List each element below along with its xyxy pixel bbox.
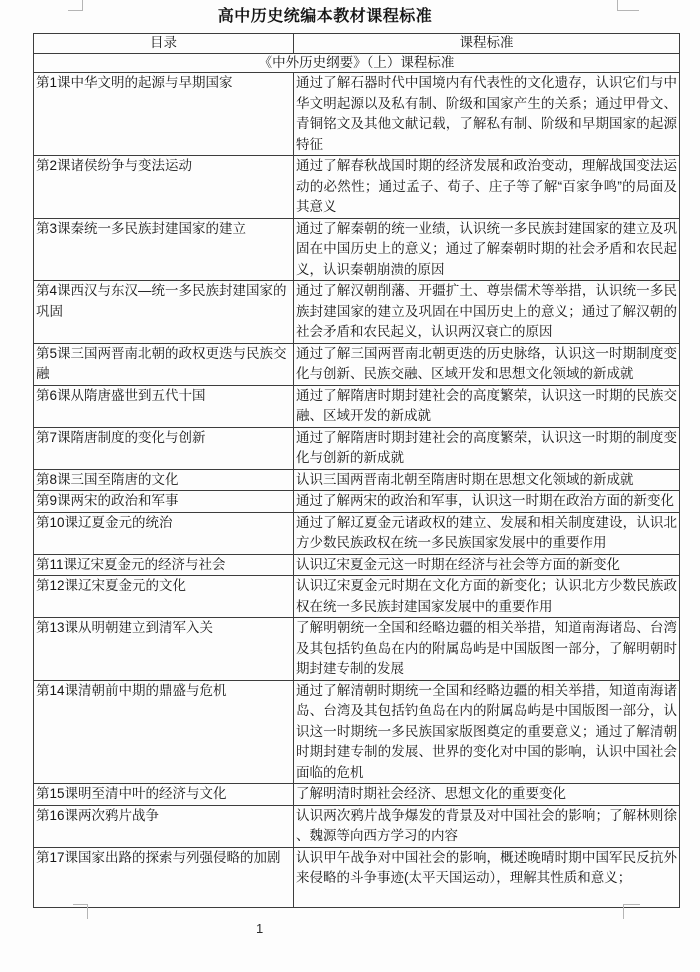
lesson-title: 第10课辽夏金元的统治	[34, 512, 294, 554]
column-header-standard: 课程标准	[294, 34, 680, 54]
lesson-standard: 认识辽宋夏金元时期在文化方面的新变化；认识北方少数民族政权在统一多民族封建国家发…	[294, 576, 680, 618]
curriculum-table: 目录 课程标准 《中外历史纲要》（上）课程标准 第1课中华文明的起源与早期国家 …	[33, 33, 680, 908]
lesson-title: 第2课诸侯纷争与变法运动	[34, 156, 294, 219]
margin-mark-top-left-icon	[68, 0, 83, 11]
lesson-standard: 认识甲午战争对中国社会的影响，概述晚晴时期中国军民反抗外来侵略的斗争事迹(太平天…	[294, 847, 680, 907]
table-row: 第10课辽夏金元的统治 通过了解辽夏金元诸政权的建立、发展和相关制度建设，认识北…	[34, 512, 680, 554]
lesson-title: 第4课西汉与东汉—统一多民族封建国家的巩固	[34, 281, 294, 344]
table-row: 第5课三国两晋南北朝的政权更迭与民族交融 通过了解三国两晋南北朝更迭的历史脉络，…	[34, 343, 680, 385]
table-row: 第3课秦统一多民族封建国家的建立 通过了解秦朝的统一业绩，认识统一多民族封建国家…	[34, 218, 680, 281]
table-row: 第12课辽宋夏金元的文化 认识辽宋夏金元时期在文化方面的新变化；认识北方少数民族…	[34, 576, 680, 618]
table-row: 第7课隋唐制度的变化与创新 通过了解隋唐时期封建社会的高度繁荣，认识这一时期的制…	[34, 427, 680, 469]
lesson-title: 第13课从明朝建立到清军入关	[34, 618, 294, 681]
table-row: 第1课中华文明的起源与早期国家 通过了解石器时代中国境内有代表性的文化遗存，认识…	[34, 73, 680, 156]
table-row: 第11课辽宋夏金元的经济与社会 认识辽宋夏金元这一时期在经济与社会等方面的新变化	[34, 554, 680, 576]
column-header-toc: 目录	[34, 34, 294, 54]
lesson-standard: 通过了解三国两晋南北朝更迭的历史脉络，认识这一时期制度变化与创新、民族交融、区域…	[294, 343, 680, 385]
margin-mark-bottom-left-icon	[73, 904, 88, 919]
lesson-standard: 通过了解清朝时期统一全国和经略边疆的相关举措，知道南海诸岛、台湾及其包括钓鱼岛在…	[294, 680, 680, 784]
lesson-standard: 通过了解辽夏金元诸政权的建立、发展和相关制度建设，认识北方少数民族政权在统一多民…	[294, 512, 680, 554]
lesson-title: 第7课隋唐制度的变化与创新	[34, 427, 294, 469]
table-row: 第16课两次鸦片战争 认识两次鸦片战争爆发的背景及对中国社会的影响；了解林则徐、…	[34, 805, 680, 847]
lesson-standard: 通过了解石器时代中国境内有代表性的文化遗存，认识它们与中华文明起源以及私有制、阶…	[294, 73, 680, 156]
section-title: 《中外历史纲要》（上）课程标准	[34, 54, 680, 73]
lesson-title: 第8课三国至隋唐的文化	[34, 469, 294, 491]
lesson-title: 第3课秦统一多民族封建国家的建立	[34, 218, 294, 281]
table-row: 第4课西汉与东汉—统一多民族封建国家的巩固 通过了解汉朝削藩、开疆扩土、尊崇儒术…	[34, 281, 680, 344]
margin-mark-top-right-icon	[617, 0, 639, 11]
lesson-standard: 了解明朝统一全国和经略边疆的相关举措，知道南海诸岛、台湾及其包括钓鱼岛在内的附属…	[294, 618, 680, 681]
lesson-title: 第1课中华文明的起源与早期国家	[34, 73, 294, 156]
lesson-standard: 通过了解汉朝削藩、开疆扩土、尊崇儒术等举措，认识统一多民族封建国家的建立及巩固在…	[294, 281, 680, 344]
table-body: 第1课中华文明的起源与早期国家 通过了解石器时代中国境内有代表性的文化遗存，认识…	[34, 73, 680, 908]
lesson-standard: 通过了解两宋的政治和军事，认识这一时期在政治方面的新变化	[294, 491, 680, 513]
lesson-standard: 认识辽宋夏金元这一时期在经济与社会等方面的新变化	[294, 554, 680, 576]
lesson-title: 第11课辽宋夏金元的经济与社会	[34, 554, 294, 576]
lesson-standard: 了解明清时期社会经济、思想文化的重要变化	[294, 784, 680, 806]
table-row: 第6课从隋唐盛世到五代十国 通过了解隋唐时期封建社会的高度繁荣，认识这一时期的民…	[34, 385, 680, 427]
lesson-title: 第16课两次鸦片战争	[34, 805, 294, 847]
table-header: 目录 课程标准 《中外历史纲要》（上）课程标准	[34, 34, 680, 73]
lesson-standard: 通过了解秦朝的统一业绩，认识统一多民族封建国家的建立及巩固在中国历史上的意义；通…	[294, 218, 680, 281]
header-row: 目录 课程标准	[34, 34, 680, 54]
table-row: 第14课清朝前中期的鼎盛与危机 通过了解清朝时期统一全国和经略边疆的相关举措，知…	[34, 680, 680, 784]
page-number: 1	[256, 921, 263, 937]
page-title: 高中历史统编本教材课程标准	[0, 6, 650, 27]
lesson-title: 第17课国家出路的探索与列强侵略的加剧	[34, 847, 294, 907]
section-row: 《中外历史纲要》（上）课程标准	[34, 54, 680, 73]
lesson-standard: 认识两次鸦片战争爆发的背景及对中国社会的影响；了解林则徐、魏源等向西方学习的内容	[294, 805, 680, 847]
lesson-title: 第9课两宋的政治和军事	[34, 491, 294, 513]
lesson-title: 第12课辽宋夏金元的文化	[34, 576, 294, 618]
lesson-standard: 通过了解隋唐时期封建社会的高度繁荣，认识这一时期的制度变化与创新的新成就	[294, 427, 680, 469]
margin-mark-bottom-right-icon	[623, 904, 640, 919]
table-row: 第8课三国至隋唐的文化 认识三国两晋南北朝至隋唐时期在思想文化领域的新成就	[34, 469, 680, 491]
table-row: 第2课诸侯纷争与变法运动 通过了解春秋战国时期的经济发展和政治变动，理解战国变法…	[34, 156, 680, 219]
lesson-standard: 通过了解隋唐时期封建社会的高度繁荣，认识这一时期的民族交融、区域开发的新成就	[294, 385, 680, 427]
table-row: 第13课从明朝建立到清军入关 了解明朝统一全国和经略边疆的相关举措，知道南海诸岛…	[34, 618, 680, 681]
table-row: 第15课明至清中叶的经济与文化 了解明清时期社会经济、思想文化的重要变化	[34, 784, 680, 806]
document-page: 高中历史统编本教材课程标准 目录 课程标准 《中外历史纲要》（上）课程标准 第1…	[0, 0, 700, 972]
table-row: 第17课国家出路的探索与列强侵略的加剧 认识甲午战争对中国社会的影响，概述晚晴时…	[34, 847, 680, 907]
lesson-standard: 通过了解春秋战国时期的经济发展和政治变动，理解战国变法运动的必然性；通过孟子、荀…	[294, 156, 680, 219]
lesson-title: 第15课明至清中叶的经济与文化	[34, 784, 294, 806]
lesson-standard: 认识三国两晋南北朝至隋唐时期在思想文化领域的新成就	[294, 469, 680, 491]
lesson-title: 第6课从隋唐盛世到五代十国	[34, 385, 294, 427]
table-row: 第9课两宋的政治和军事 通过了解两宋的政治和军事，认识这一时期在政治方面的新变化	[34, 491, 680, 513]
lesson-title: 第5课三国两晋南北朝的政权更迭与民族交融	[34, 343, 294, 385]
lesson-title: 第14课清朝前中期的鼎盛与危机	[34, 680, 294, 784]
